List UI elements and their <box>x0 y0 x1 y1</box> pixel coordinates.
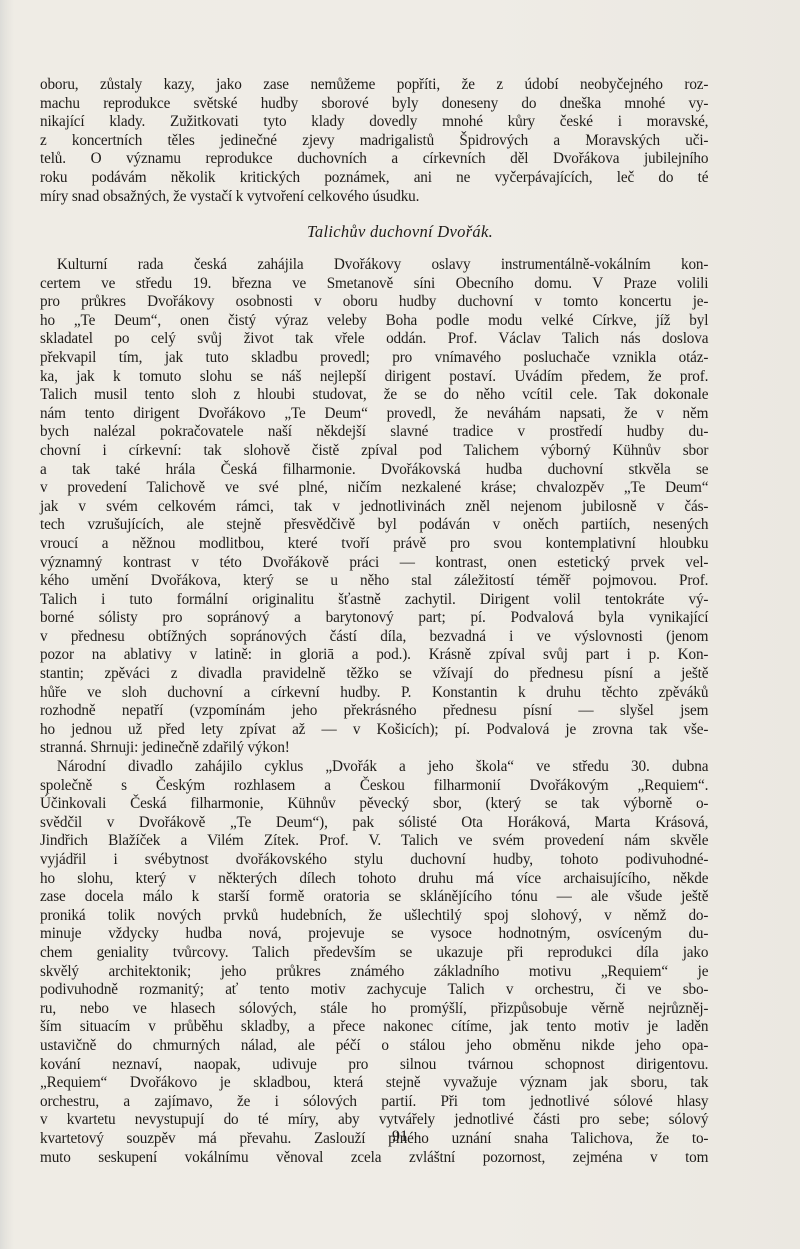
text-line: tech vzrušujících, ale stejně přesvědčiv… <box>40 515 708 534</box>
text-line: skvělý architektonik; jeho průkres známé… <box>40 962 708 981</box>
text-line: Účinkovali Česká filharmonie, Kühnův pěv… <box>40 794 708 813</box>
text-line: roku podávám několik kritických poznámek… <box>40 168 708 187</box>
text-line: „Requiem“ Dvořákovo je skladbou, která s… <box>40 1073 708 1092</box>
text-line: kého umění Dvořákova, který se u něho st… <box>40 571 708 590</box>
text-line: skladatel po celý svůj život tak vřele o… <box>40 329 708 348</box>
page-number: 91 <box>0 1128 800 1146</box>
text-line: kování neznaví, naopak, udivuje pro siln… <box>40 1055 708 1074</box>
text-line: chovní i církevní: tak slohově čistě zpí… <box>40 441 708 460</box>
text-line: v kvartetu nevystupují do té míry, aby v… <box>40 1110 708 1129</box>
text-line: certem ve středu 19. března ve Smetanově… <box>40 274 708 293</box>
text-line: jak v svém celkovém rámci, tak v jednotl… <box>40 497 708 516</box>
text-line: muto seskupení vokálnímu věnoval zcela z… <box>40 1148 708 1167</box>
text-line: pro průkres Dvořákovy osobnosti v oboru … <box>40 292 708 311</box>
text-line: stranná. Shrnuji: jedinečně zdařilý výko… <box>40 738 708 757</box>
text-line: rozhodně nepatří (vzpomínám jeho překrás… <box>40 701 708 720</box>
text-line: v přednesu obtížných sopránových částí d… <box>40 627 708 646</box>
text-line: nám tento dirigent Dvořákovo „Te Deum“ p… <box>40 404 708 423</box>
text-line: telů. O významu reprodukce duchovních a … <box>40 149 708 168</box>
text-line: svědčil v Dvořákově „Te Deum“), pak sóli… <box>40 813 708 832</box>
text-line: proniká tolik nových prvků hudebních, že… <box>40 906 708 925</box>
text-line: Talich i tuto formální originalitu šťast… <box>40 590 708 609</box>
intro-paragraph: oboru, zůstaly kazy, jako zase nemůžeme … <box>40 75 708 205</box>
text-line: oboru, zůstaly kazy, jako zase nemůžeme … <box>40 75 708 94</box>
text-line: ru, nebo ve hlasech sólových, stále ho p… <box>40 999 708 1018</box>
text-line: ho slohu, který v některých dílech tohot… <box>40 869 708 888</box>
section-heading: Talichův duchovní Dvořák. <box>0 222 800 242</box>
text-line: chem geniality tvůrcovy. Talich předevší… <box>40 943 708 962</box>
text-line: orchestru, a zajímavo, že i sólových par… <box>40 1092 708 1111</box>
text-line: stantin; zpěváci z divadla pravidelně tě… <box>40 664 708 683</box>
text-line: ka, jak k tomuto slohu se náš nejlepší d… <box>40 367 708 386</box>
paragraph-te-deum: Kulturní rada česká zahájila Dvořákovy o… <box>40 255 708 1166</box>
text-line: zase docela málo k starší formě oratoria… <box>40 887 708 906</box>
text-line: bych nalézal pokračovatele naší někdejší… <box>40 422 708 441</box>
text-line: a tak také hrála Česká filharmonie. Dvoř… <box>40 460 708 479</box>
text-line: Kulturní rada česká zahájila Dvořákovy o… <box>40 255 708 274</box>
text-line: vyjádřil i svébytnost dvořákovského styl… <box>40 850 708 869</box>
text-line: hůře ve sloh duchovní a církevní hudby. … <box>40 683 708 702</box>
text-line: z koncertních těles jedinečné zjevy madr… <box>40 131 708 150</box>
text-line: pozor na ablativy v latině: in gloriā a … <box>40 645 708 664</box>
text-line: Jindřich Blažíček a Vilém Zítek. Prof. V… <box>40 831 708 850</box>
text-line: ším situacím v průběhu skladby, a přece … <box>40 1017 708 1036</box>
text-line: společně s Českým rozhlasem a Českou fil… <box>40 776 708 795</box>
text-line: v provedení Talichově ve své plné, ničím… <box>40 478 708 497</box>
text-line: podivuhodně rozmanitý; ať tento motiv za… <box>40 980 708 999</box>
text-line: ustavičně do chmurných nálad, ale péčí o… <box>40 1036 708 1055</box>
text-line: Národní divadlo zahájilo cyklus „Dvořák … <box>40 757 708 776</box>
text-line: vroucí a něžnou modlitbou, které tvoří p… <box>40 534 708 553</box>
text-line: machu reprodukce světské hudby sborové b… <box>40 94 708 113</box>
text-line: míry snad obsažných, že vystačí k vytvoř… <box>40 187 708 206</box>
text-line: ho „Te Deum“, onen čistý výraz veleby Bo… <box>40 311 708 330</box>
text-line: borné sólisty pro sopránový a barytonový… <box>40 608 708 627</box>
text-line: významný kontrast v této Dvořákově práci… <box>40 553 708 572</box>
text-line: minuje vždycky hudba nová, projevuje se … <box>40 924 708 943</box>
text-line: ho jednou už před lety zpívat až — v Koš… <box>40 720 708 739</box>
text-line: Talich musil tento sloh z hloubi studova… <box>40 385 708 404</box>
text-line: překvapil tím, jak tuto skladbu provedl;… <box>40 348 708 367</box>
text-line: nikající klady. Zužitkovati tyto klady d… <box>40 112 708 131</box>
